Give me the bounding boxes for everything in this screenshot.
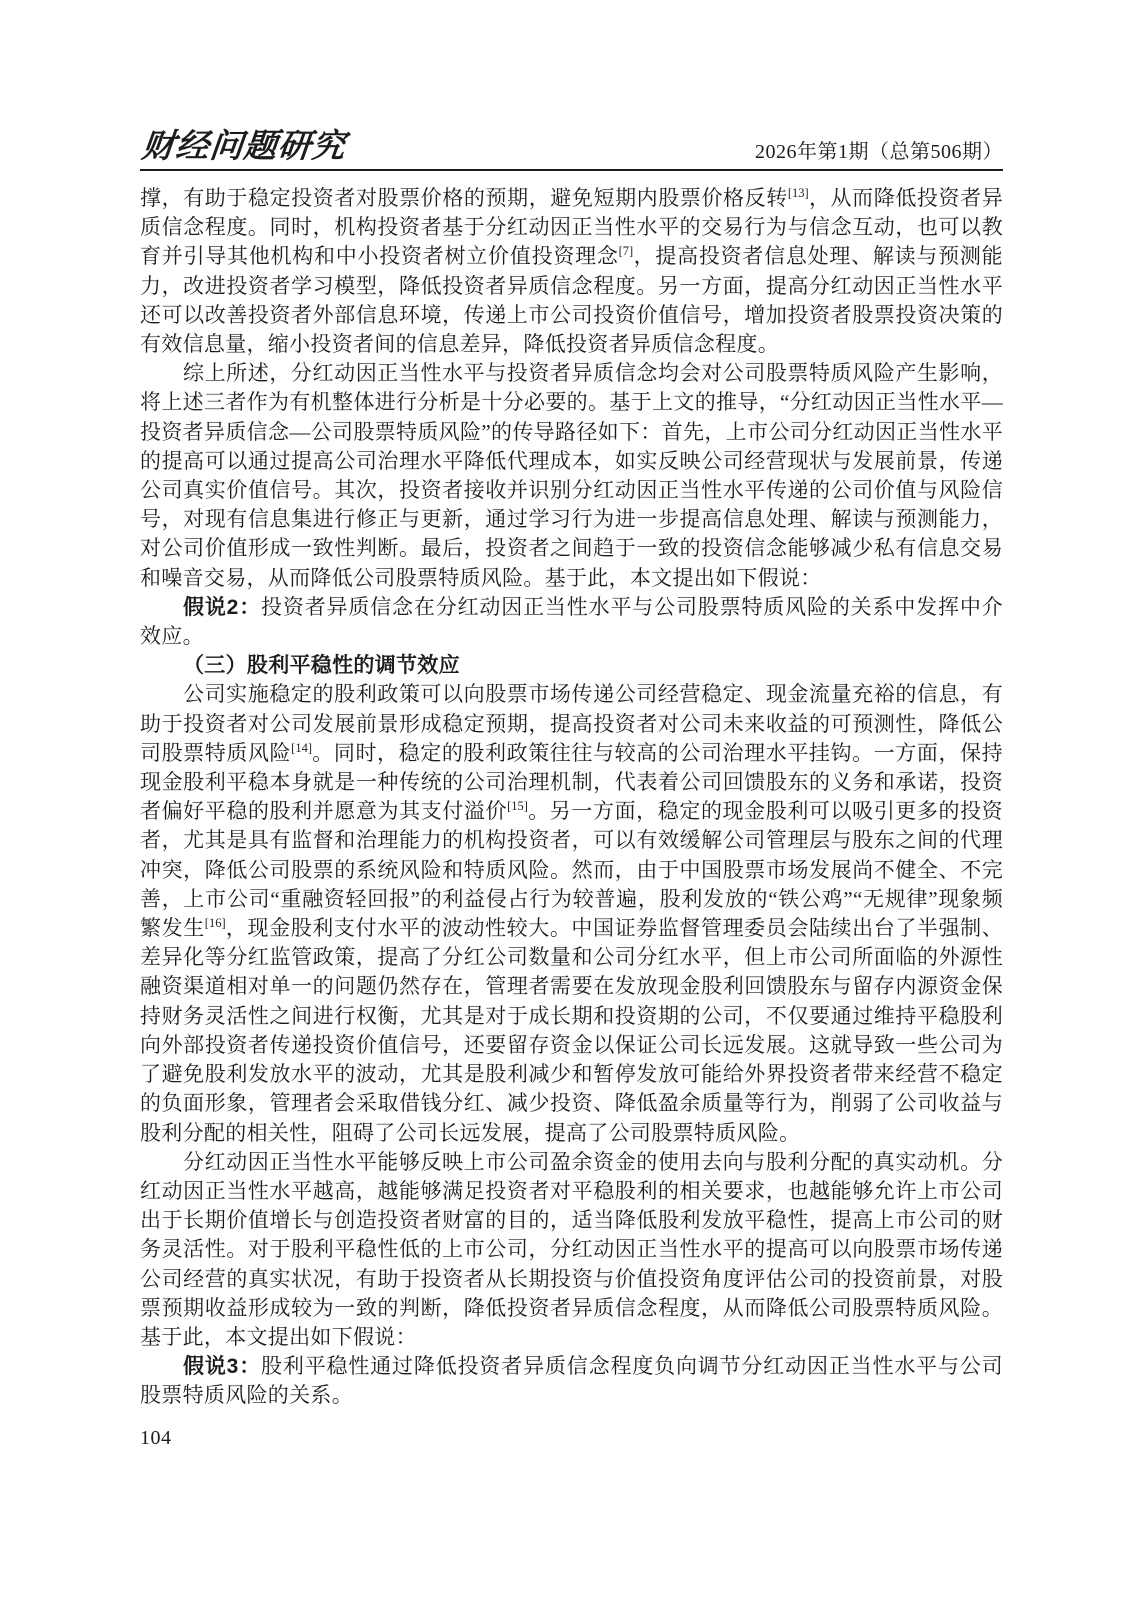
page-number: 104 (140, 1427, 1003, 1450)
journal-logo: 财经问题研究 (140, 128, 348, 164)
masthead: 财经问题研究 2026年第1期（总第506期） (140, 128, 1003, 171)
page: 财经问题研究 2026年第1期（总第506期） 撑，有助于稳定投资者对股票价格的… (0, 0, 1140, 1600)
bold-lead-text: （三）股利平稳性的调节效应 (183, 654, 460, 677)
body-paragraph: 综上所述，分红动因正当性水平与投资者异质信念均会对公司股票特质风险产生影响，将上… (140, 359, 1003, 593)
paragraph-text: 撑，有助于稳定投资者对股票价格的预期，避免短期内股票价格反转 (140, 186, 788, 210)
bold-lead-text: 假说3： (183, 1355, 261, 1378)
hypothesis-paragraph: 假说3：股利平稳性通过降低投资者异质信念程度负向调节分红动因正当性水平与公司股票… (140, 1352, 1003, 1410)
paragraph-text: 股利平稳性通过降低投资者异质信念程度负向调节分红动因正当性水平与公司股票特质风险… (140, 1354, 1003, 1407)
reference-superscript: [14] (291, 741, 312, 755)
paragraph-text: 综上所述，分红动因正当性水平与投资者异质信念均会对公司股票特质风险产生影响，将上… (140, 361, 1003, 589)
body-paragraph: 撑，有助于稳定投资者对股票价格的预期，避免短期内股票价格反转[13]，从而降低投… (140, 184, 1003, 359)
reference-superscript: [16] (205, 916, 226, 930)
content-column: 财经问题研究 2026年第1期（总第506期） 撑，有助于稳定投资者对股票价格的… (140, 128, 1003, 1450)
body-paragraph: 分红动因正当性水平能够反映上市公司盈余资金的使用去向与股利分配的真实动机。分红动… (140, 1148, 1003, 1352)
paragraph-text: ，现金股利支付水平的波动性较大。中国证券监督管理委员会陆续出台了半强制、差异化等… (140, 916, 1003, 1144)
paragraph-text: 分红动因正当性水平能够反映上市公司盈余资金的使用去向与股利分配的真实动机。分红动… (140, 1150, 1003, 1349)
reference-superscript: [7] (619, 244, 634, 258)
section-heading: （三）股利平稳性的调节效应 (140, 651, 1003, 680)
reference-superscript: [15] (507, 799, 528, 813)
bold-lead-text: 假说2： (183, 596, 261, 619)
hypothesis-paragraph: 假说2：投资者异质信念在分红动因正当性水平与公司股票特质风险的关系中发挥中介效应… (140, 593, 1003, 651)
body-text: 撑，有助于稳定投资者对股票价格的预期，避免短期内股票价格反转[13]，从而降低投… (140, 184, 1003, 1411)
paragraph-text: 投资者异质信念在分红动因正当性水平与公司股票特质风险的关系中发挥中介效应。 (140, 595, 1003, 648)
body-paragraph: 公司实施稳定的股利政策可以向股票市场传递公司经营稳定、现金流量充裕的信息，有助于… (140, 680, 1003, 1147)
issue-info: 2026年第1期（总第506期） (755, 140, 1003, 164)
reference-superscript: [13] (788, 186, 809, 200)
